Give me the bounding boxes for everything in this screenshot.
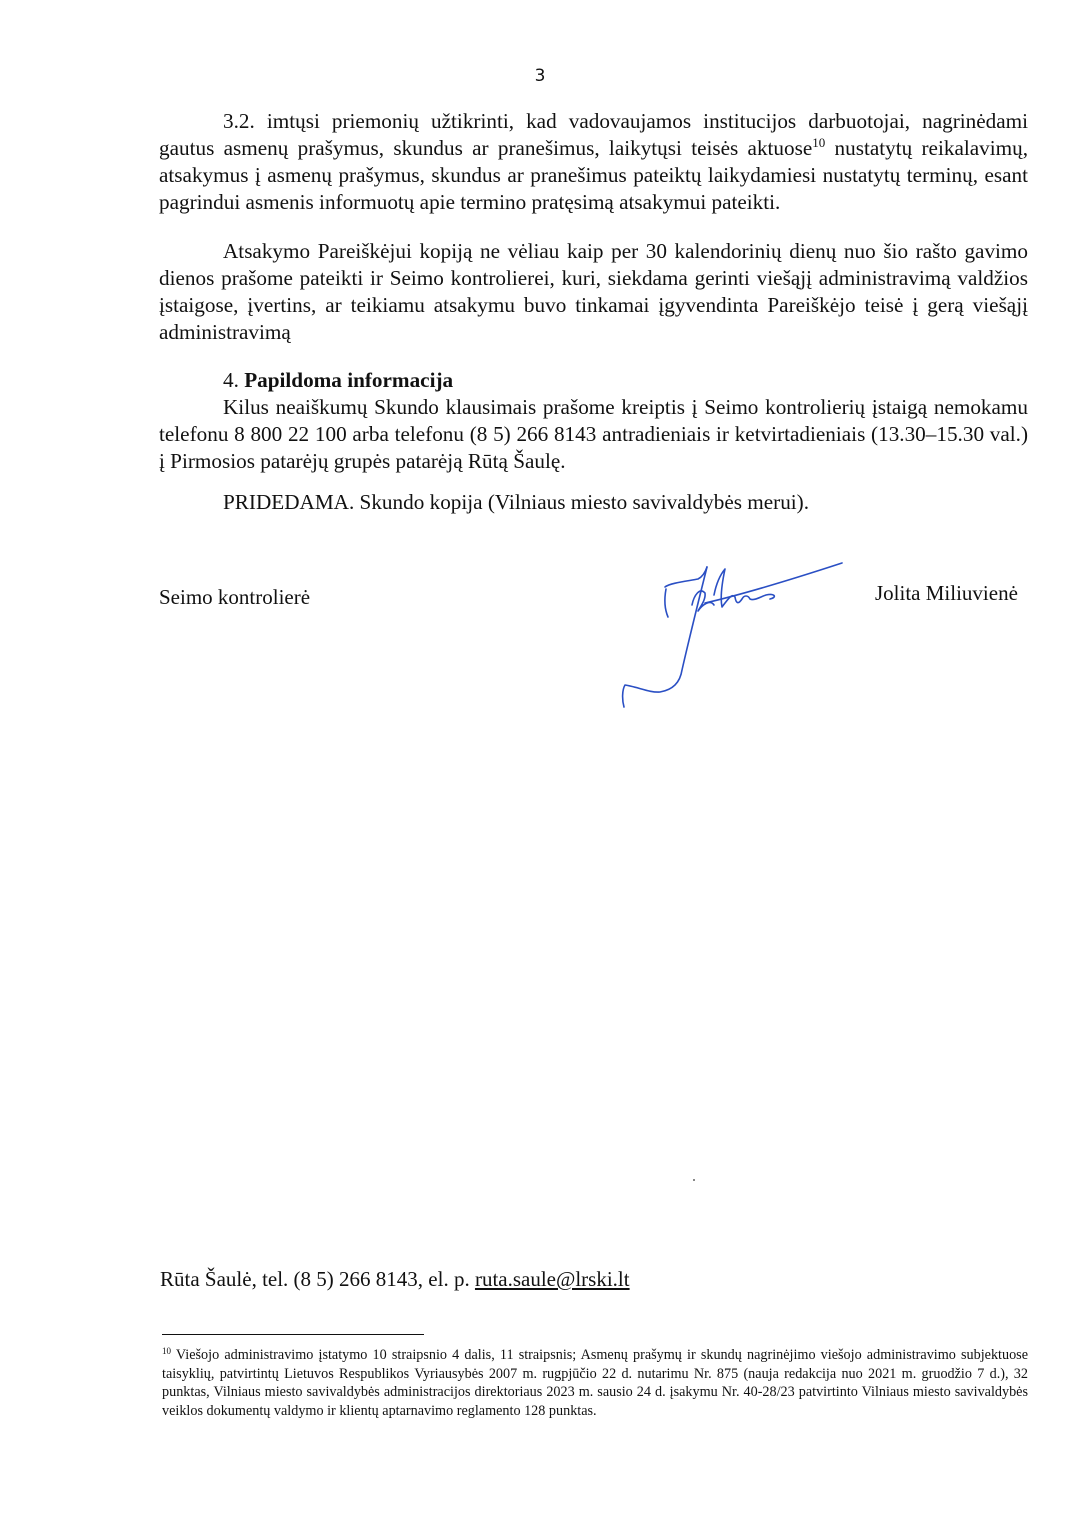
page-number: 3 bbox=[0, 66, 1080, 86]
attachment-note: PRIDEDAMA. Skundo kopija (Vilniaus miest… bbox=[159, 489, 1028, 516]
signatory-role: Seimo kontrolierė bbox=[159, 585, 310, 610]
copy-request-paragraph: Atsakymo Pareiškėjui kopiją ne vėliau ka… bbox=[159, 238, 1028, 346]
signatory-name: Jolita Miliuvienė bbox=[875, 581, 1018, 606]
contact-line: Rūta Šaulė, tel. (8 5) 266 8143, el. p. … bbox=[160, 1267, 630, 1292]
footnote-separator bbox=[162, 1334, 424, 1335]
contact-email-link[interactable]: ruta.saule@lrski.lt bbox=[475, 1267, 630, 1291]
additional-info-paragraph: Kilus neaiškumų Skundo klausimais prašom… bbox=[159, 394, 1028, 475]
footnote-marker: 10 bbox=[162, 1346, 171, 1356]
scan-speck bbox=[693, 1179, 695, 1181]
handwritten-signature bbox=[610, 555, 860, 725]
paragraph-3-2: 3.2. imtųsi priemonių užtikrinti, kad va… bbox=[159, 108, 1028, 216]
footnote: 10 Viešojo administravimo įstatymo 10 st… bbox=[162, 1346, 1028, 1420]
section-4-number: 4. bbox=[223, 368, 244, 392]
contact-person-text: Rūta Šaulė, tel. (8 5) 266 8143, el. p. bbox=[160, 1267, 475, 1291]
footnote-text: Viešojo administravimo įstatymo 10 strai… bbox=[162, 1347, 1028, 1419]
section-4-title: Papildoma informacija bbox=[244, 368, 453, 392]
section-4-heading: 4. Papildoma informacija bbox=[159, 367, 1028, 394]
footnote-reference[interactable]: 10 bbox=[812, 135, 825, 150]
